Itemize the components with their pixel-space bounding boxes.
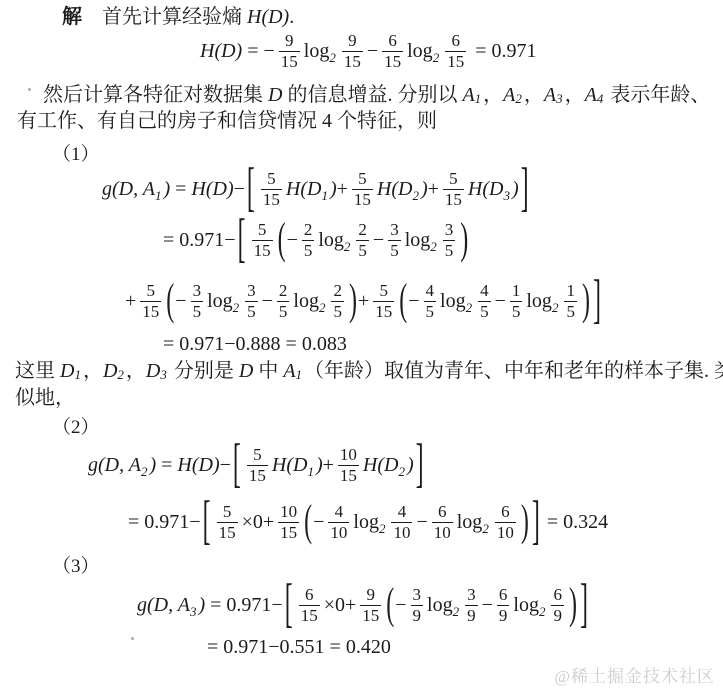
text-run: log	[526, 290, 552, 313]
fraction-denominator: 9	[497, 605, 510, 625]
fraction-numerator: 3	[245, 282, 258, 301]
math-delimiter: [	[233, 438, 241, 492]
text-run: log	[407, 40, 433, 63]
math-fraction: 39	[411, 586, 424, 625]
text-run: log	[513, 594, 539, 617]
text-run: = 0.971−	[205, 594, 283, 617]
equation-empirical-entropy: H(D) = −915log2915−615log2615 = 0.971	[200, 32, 536, 71]
item-label-2: （2）	[52, 417, 100, 439]
math-delimiter: (	[386, 583, 394, 627]
fraction-denominator: 5	[277, 301, 290, 321]
scan-artifact-dot	[28, 88, 31, 91]
fraction-numerator: 5	[251, 446, 264, 465]
math-subscript: 2	[430, 240, 437, 255]
math-italic: D	[146, 360, 160, 383]
fraction-denominator: 15	[342, 51, 363, 71]
math-italic: g(D, A	[137, 594, 190, 617]
math-subscript: 2	[398, 465, 405, 480]
paragraph-features-line1: 然后计算各特征对数据集 D 的信息增益. 分别以 A1，A2，A3，A4 表示年…	[43, 84, 710, 107]
fraction-numerator: 2	[331, 282, 344, 301]
math-delimiter: )	[460, 218, 468, 262]
math-fraction: 35	[245, 282, 258, 321]
math-subscript: 2	[319, 301, 326, 316]
text-run: 表示年龄、	[605, 84, 710, 107]
equation-gain-a1-result: = 0.971−0.888 = 0.083	[163, 333, 347, 356]
math-fraction: 515	[443, 170, 464, 209]
math-fraction: 515	[140, 282, 161, 321]
fraction-numerator: 3	[411, 586, 424, 605]
math-subscript: 3	[160, 368, 167, 383]
fraction-numerator: 9	[365, 586, 378, 605]
fraction-denominator: 15	[352, 189, 373, 209]
text-run: ，	[483, 84, 503, 107]
fraction-numerator: 4	[424, 282, 437, 301]
math-fraction: 515	[252, 221, 273, 260]
math-italic: A	[544, 84, 556, 107]
fraction-numerator: 6	[303, 586, 316, 605]
math-subscript: 2	[453, 605, 460, 620]
text-run: 然后计算各特征对数据集	[43, 84, 268, 107]
math-delimiter: [	[285, 578, 293, 632]
math-fraction: 915	[360, 586, 381, 625]
paragraph-features-line2: 有工作、有自己的房子和信贷情况 4 个特征，则	[17, 110, 437, 133]
text-run: = 0.971−0.551 = 0.420	[207, 636, 391, 659]
math-italic: )	[407, 454, 414, 477]
fraction-denominator: 10	[328, 522, 349, 542]
fraction-numerator: 5	[256, 221, 269, 240]
math-delimiter: )	[582, 279, 590, 323]
fraction-denominator: 5	[510, 301, 523, 321]
math-subscript: 2	[233, 301, 240, 316]
fraction-denominator: 5	[331, 301, 344, 321]
fraction-denominator: 15	[279, 51, 300, 71]
text-run: = 0.971−0.888 = 0.083	[163, 333, 347, 356]
fraction-numerator: 1	[564, 282, 577, 301]
text-run: −	[495, 290, 506, 313]
math-fraction: 15	[510, 282, 523, 321]
equation-gain-a1-line1: g(D, A1) = H(D)−[515H(D1)+515H(D2)+515H(…	[102, 170, 531, 209]
math-delimiter: (	[278, 218, 286, 262]
math-fraction: 69	[497, 586, 510, 625]
math-subscript: 1	[475, 92, 482, 107]
text-run: −	[175, 290, 186, 313]
math-fraction: 45	[478, 282, 491, 321]
text-run: −	[313, 511, 324, 534]
fraction-denominator: 5	[564, 301, 577, 321]
item-label-1: （1）	[52, 144, 100, 166]
item-label-3: （3）	[52, 556, 100, 578]
text-run: = 0.971−	[128, 511, 201, 534]
math-italic: A	[585, 84, 597, 107]
text-run: log	[293, 290, 319, 313]
fraction-numerator: 5	[265, 170, 278, 189]
math-italic: A	[503, 84, 515, 107]
text-run: （年龄）取值为青年、中年和老年的样本子集. 类	[304, 360, 723, 383]
watermark: @稀土掘金技术社区	[554, 662, 715, 687]
text-run: .	[289, 6, 294, 29]
math-italic: H(D	[363, 454, 399, 477]
fraction-numerator: 4	[478, 282, 491, 301]
text-run: =	[170, 178, 191, 201]
fraction-denominator: 5	[424, 301, 437, 321]
math-delimiter: ]	[580, 578, 588, 632]
text-run: −	[287, 229, 298, 252]
math-italic: )	[512, 178, 519, 201]
math-fraction: 45	[424, 282, 437, 321]
math-italic: H(D	[377, 178, 413, 201]
math-fraction: 35	[388, 221, 401, 260]
fraction-numerator: 3	[443, 221, 456, 240]
fraction-denominator: 15	[360, 605, 381, 625]
math-fraction: 610	[495, 503, 516, 542]
math-subscript: 4	[597, 92, 604, 107]
fraction-numerator: 4	[333, 503, 346, 522]
math-italic: H(D)	[200, 40, 242, 63]
math-subscript: 2	[433, 51, 440, 66]
paragraph-subsets-line1: 这里 D1，D2，D3 分别是 D 中 A1（年龄）取值为青年、中年和老年的样本…	[15, 360, 723, 383]
math-italic: )	[330, 178, 337, 201]
fraction-denominator: 5	[443, 240, 456, 260]
text-run: log	[440, 290, 466, 313]
math-subscript: 2	[539, 605, 546, 620]
fraction-denominator: 10	[495, 522, 516, 542]
math-italic: )	[316, 454, 323, 477]
math-fraction: 25	[302, 221, 315, 260]
math-delimiter: )	[569, 583, 577, 627]
math-italic: )	[198, 594, 205, 617]
fraction-numerator: 9	[346, 32, 359, 51]
math-subscript: 3	[190, 605, 197, 620]
math-fraction: 25	[277, 282, 290, 321]
math-fraction: 515	[373, 282, 394, 321]
fraction-denominator: 5	[245, 301, 258, 321]
math-subscript: 2	[482, 522, 489, 537]
text-run: 首先计算经验熵	[82, 6, 247, 29]
math-subscript: 2	[344, 240, 351, 255]
math-italic: H(D	[286, 178, 322, 201]
text-run: 这里	[15, 360, 60, 383]
fraction-denominator: 15	[140, 301, 161, 321]
math-italic: g(D, A	[102, 178, 155, 201]
math-fraction: 1015	[278, 503, 299, 542]
fraction-numerator: 9	[283, 32, 296, 51]
math-fraction: 515	[217, 503, 238, 542]
math-subscript: 2	[412, 189, 419, 204]
text-run: +	[358, 290, 369, 313]
math-fraction: 615	[445, 32, 466, 71]
math-italic: D	[268, 84, 282, 107]
math-delimiter: (	[166, 279, 174, 323]
text-run: ，	[126, 360, 146, 383]
fraction-denominator: 10	[391, 522, 412, 542]
math-italic: A	[283, 360, 295, 383]
math-delimiter: )	[521, 500, 529, 544]
fraction-numerator: 3	[465, 586, 478, 605]
text-run: −	[373, 229, 384, 252]
math-italic: )	[163, 178, 170, 201]
math-fraction: 39	[465, 586, 478, 625]
math-subscript: 1	[307, 465, 314, 480]
math-fraction: 515	[261, 170, 282, 209]
text-run: = 0.971−	[163, 229, 236, 252]
math-italic: )	[421, 178, 428, 201]
text-run: +	[125, 290, 136, 313]
text-run: log	[457, 511, 483, 534]
text-run: +	[428, 178, 439, 201]
math-subscript: 2	[329, 51, 336, 66]
fraction-denominator: 15	[445, 51, 466, 71]
math-fraction: 610	[432, 503, 453, 542]
math-italic: )	[149, 454, 156, 477]
fraction-numerator: 4	[396, 503, 409, 522]
math-italic: H(D	[468, 178, 504, 201]
text-run: −	[416, 511, 427, 534]
math-italic: g(D, A	[88, 454, 141, 477]
fraction-numerator: 6	[386, 32, 399, 51]
bold-label: 解	[62, 6, 82, 29]
fraction-numerator: 6	[499, 503, 512, 522]
math-delimiter: [	[238, 213, 246, 267]
text-run: = −	[242, 40, 275, 63]
fraction-denominator: 15	[382, 51, 403, 71]
math-fraction: 515	[352, 170, 373, 209]
math-subscript: 3	[556, 92, 563, 107]
math-subscript: 1	[74, 368, 81, 383]
text-run: =	[156, 454, 177, 477]
math-fraction: 615	[382, 32, 403, 71]
math-italic: H(D)	[247, 6, 289, 29]
fraction-denominator: 5	[356, 240, 369, 260]
fraction-denominator: 10	[432, 522, 453, 542]
math-delimiter: ]	[532, 495, 540, 549]
math-subscript: 2	[466, 301, 473, 316]
math-fraction: 35	[191, 282, 204, 321]
fraction-denominator: 9	[465, 605, 478, 625]
math-fraction: 69	[551, 586, 564, 625]
math-italic: H(D)	[191, 178, 233, 201]
math-fraction: 15	[564, 282, 577, 321]
fraction-denominator: 15	[338, 465, 359, 485]
math-subscript: 2	[552, 301, 559, 316]
text-run: ，	[83, 360, 103, 383]
math-subscript: 3	[503, 189, 510, 204]
fraction-numerator: 2	[356, 221, 369, 240]
math-delimiter: [	[203, 495, 211, 549]
text-run: −	[367, 40, 378, 63]
fraction-numerator: 1	[510, 282, 523, 301]
math-fraction: 1015	[338, 446, 359, 485]
text-run: ×0+	[324, 594, 357, 617]
fraction-numerator: 6	[551, 586, 564, 605]
fraction-denominator: 5	[478, 301, 491, 321]
equation-gain-a3-line1: g(D, A3) = 0.971−[615×0+915(−39log239−69…	[137, 586, 590, 625]
fraction-denominator: 5	[191, 301, 204, 321]
math-subscript: 1	[296, 368, 303, 383]
math-subscript: 2	[515, 92, 522, 107]
fraction-denominator: 15	[247, 465, 268, 485]
text-run: ，	[565, 84, 585, 107]
text-run: = 0.971	[470, 40, 536, 63]
math-delimiter: (	[304, 500, 312, 544]
solution-heading: 解 首先计算经验熵 H(D).	[62, 6, 294, 29]
math-delimiter: ]	[521, 162, 529, 216]
math-fraction: 515	[247, 446, 268, 485]
fraction-numerator: 3	[191, 282, 204, 301]
math-fraction: 25	[356, 221, 369, 260]
text-run: −	[220, 454, 231, 477]
math-subscript: 2	[117, 368, 124, 383]
text-run: −	[408, 290, 419, 313]
math-delimiter: ]	[416, 438, 424, 492]
fraction-numerator: 6	[436, 503, 449, 522]
equation-gain-a2-line2: = 0.971−[515×0+1015(−410log2410−610log26…	[128, 503, 608, 542]
fraction-numerator: 6	[449, 32, 462, 51]
fraction-denominator: 15	[261, 189, 282, 209]
fraction-denominator: 15	[217, 522, 238, 542]
fraction-numerator: 3	[388, 221, 401, 240]
text-run: +	[323, 454, 334, 477]
text-run: 有工作、有自己的房子和信贷情况 4 个特征，则	[17, 110, 437, 133]
text-run: ×0+	[242, 511, 275, 534]
equation-gain-a1-line2: = 0.971−[515(−25log225−35log235)	[163, 221, 469, 260]
text-run: log	[405, 229, 431, 252]
fraction-numerator: 10	[278, 503, 299, 522]
math-italic: D	[239, 360, 253, 383]
fraction-numerator: 5	[378, 282, 391, 301]
fraction-denominator: 9	[551, 605, 564, 625]
math-delimiter: [	[247, 162, 255, 216]
math-italic: H(D)	[177, 454, 219, 477]
math-fraction: 615	[299, 586, 320, 625]
text-run: log	[427, 594, 453, 617]
text-run: +	[337, 178, 348, 201]
fraction-numerator: 2	[302, 221, 315, 240]
equation-gain-a2-line1: g(D, A2) = H(D)−[515H(D1)+1015H(D2)]	[88, 446, 426, 485]
fraction-numerator: 5	[356, 170, 369, 189]
fraction-denominator: 15	[278, 522, 299, 542]
math-subscript: 1	[321, 189, 328, 204]
text-run: 似地，	[15, 387, 75, 410]
fraction-denominator: 9	[411, 605, 424, 625]
fraction-denominator: 5	[388, 240, 401, 260]
text-run: 中	[253, 360, 283, 383]
text-run: −	[395, 594, 406, 617]
math-italic: D	[60, 360, 74, 383]
scanned-textbook-page: 解 首先计算经验熵 H(D). H(D) = −915log2915−615lo…	[0, 0, 723, 690]
fraction-denominator: 15	[252, 240, 273, 260]
text-run: −	[234, 178, 245, 201]
math-fraction: 410	[391, 503, 412, 542]
math-italic: H(D	[272, 454, 308, 477]
fraction-denominator: 15	[443, 189, 464, 209]
text-run: log	[318, 229, 344, 252]
fraction-denominator: 15	[373, 301, 394, 321]
math-italic: A	[462, 84, 474, 107]
fraction-numerator: 5	[447, 170, 460, 189]
math-fraction: 25	[331, 282, 344, 321]
fraction-numerator: 5	[145, 282, 158, 301]
fraction-numerator: 10	[338, 446, 359, 465]
math-subscript: 2	[141, 465, 148, 480]
text-run: = 0.324	[542, 511, 608, 534]
equation-gain-a3-result: = 0.971−0.551 = 0.420	[207, 636, 391, 659]
math-subscript: 2	[379, 522, 386, 537]
math-subscript: 1	[155, 189, 162, 204]
fraction-denominator: 5	[302, 240, 315, 260]
text-run: ，	[524, 84, 544, 107]
fraction-numerator: 2	[277, 282, 290, 301]
math-fraction: 35	[443, 221, 456, 260]
text-run: 分别是	[169, 360, 239, 383]
scan-artifact-dot	[131, 637, 134, 640]
math-delimiter: )	[349, 279, 357, 323]
text-run: −	[262, 290, 273, 313]
math-fraction: 915	[279, 32, 300, 71]
math-fraction: 410	[328, 503, 349, 542]
text-run: log	[304, 40, 330, 63]
fraction-denominator: 15	[299, 605, 320, 625]
text-run: log	[207, 290, 233, 313]
paragraph-subsets-line2: 似地，	[15, 387, 75, 410]
math-delimiter: (	[399, 279, 407, 323]
fraction-numerator: 5	[221, 503, 234, 522]
math-fraction: 915	[342, 32, 363, 71]
equation-gain-a1-line3: +515(−35log235−25log225)+515(−45log245−1…	[125, 282, 603, 321]
text-run: −	[482, 594, 493, 617]
math-italic: D	[103, 360, 117, 383]
math-delimiter: ]	[593, 274, 601, 328]
fraction-numerator: 6	[497, 586, 510, 605]
text-run: log	[353, 511, 379, 534]
text-run: 的信息增益. 分别以	[282, 84, 462, 107]
